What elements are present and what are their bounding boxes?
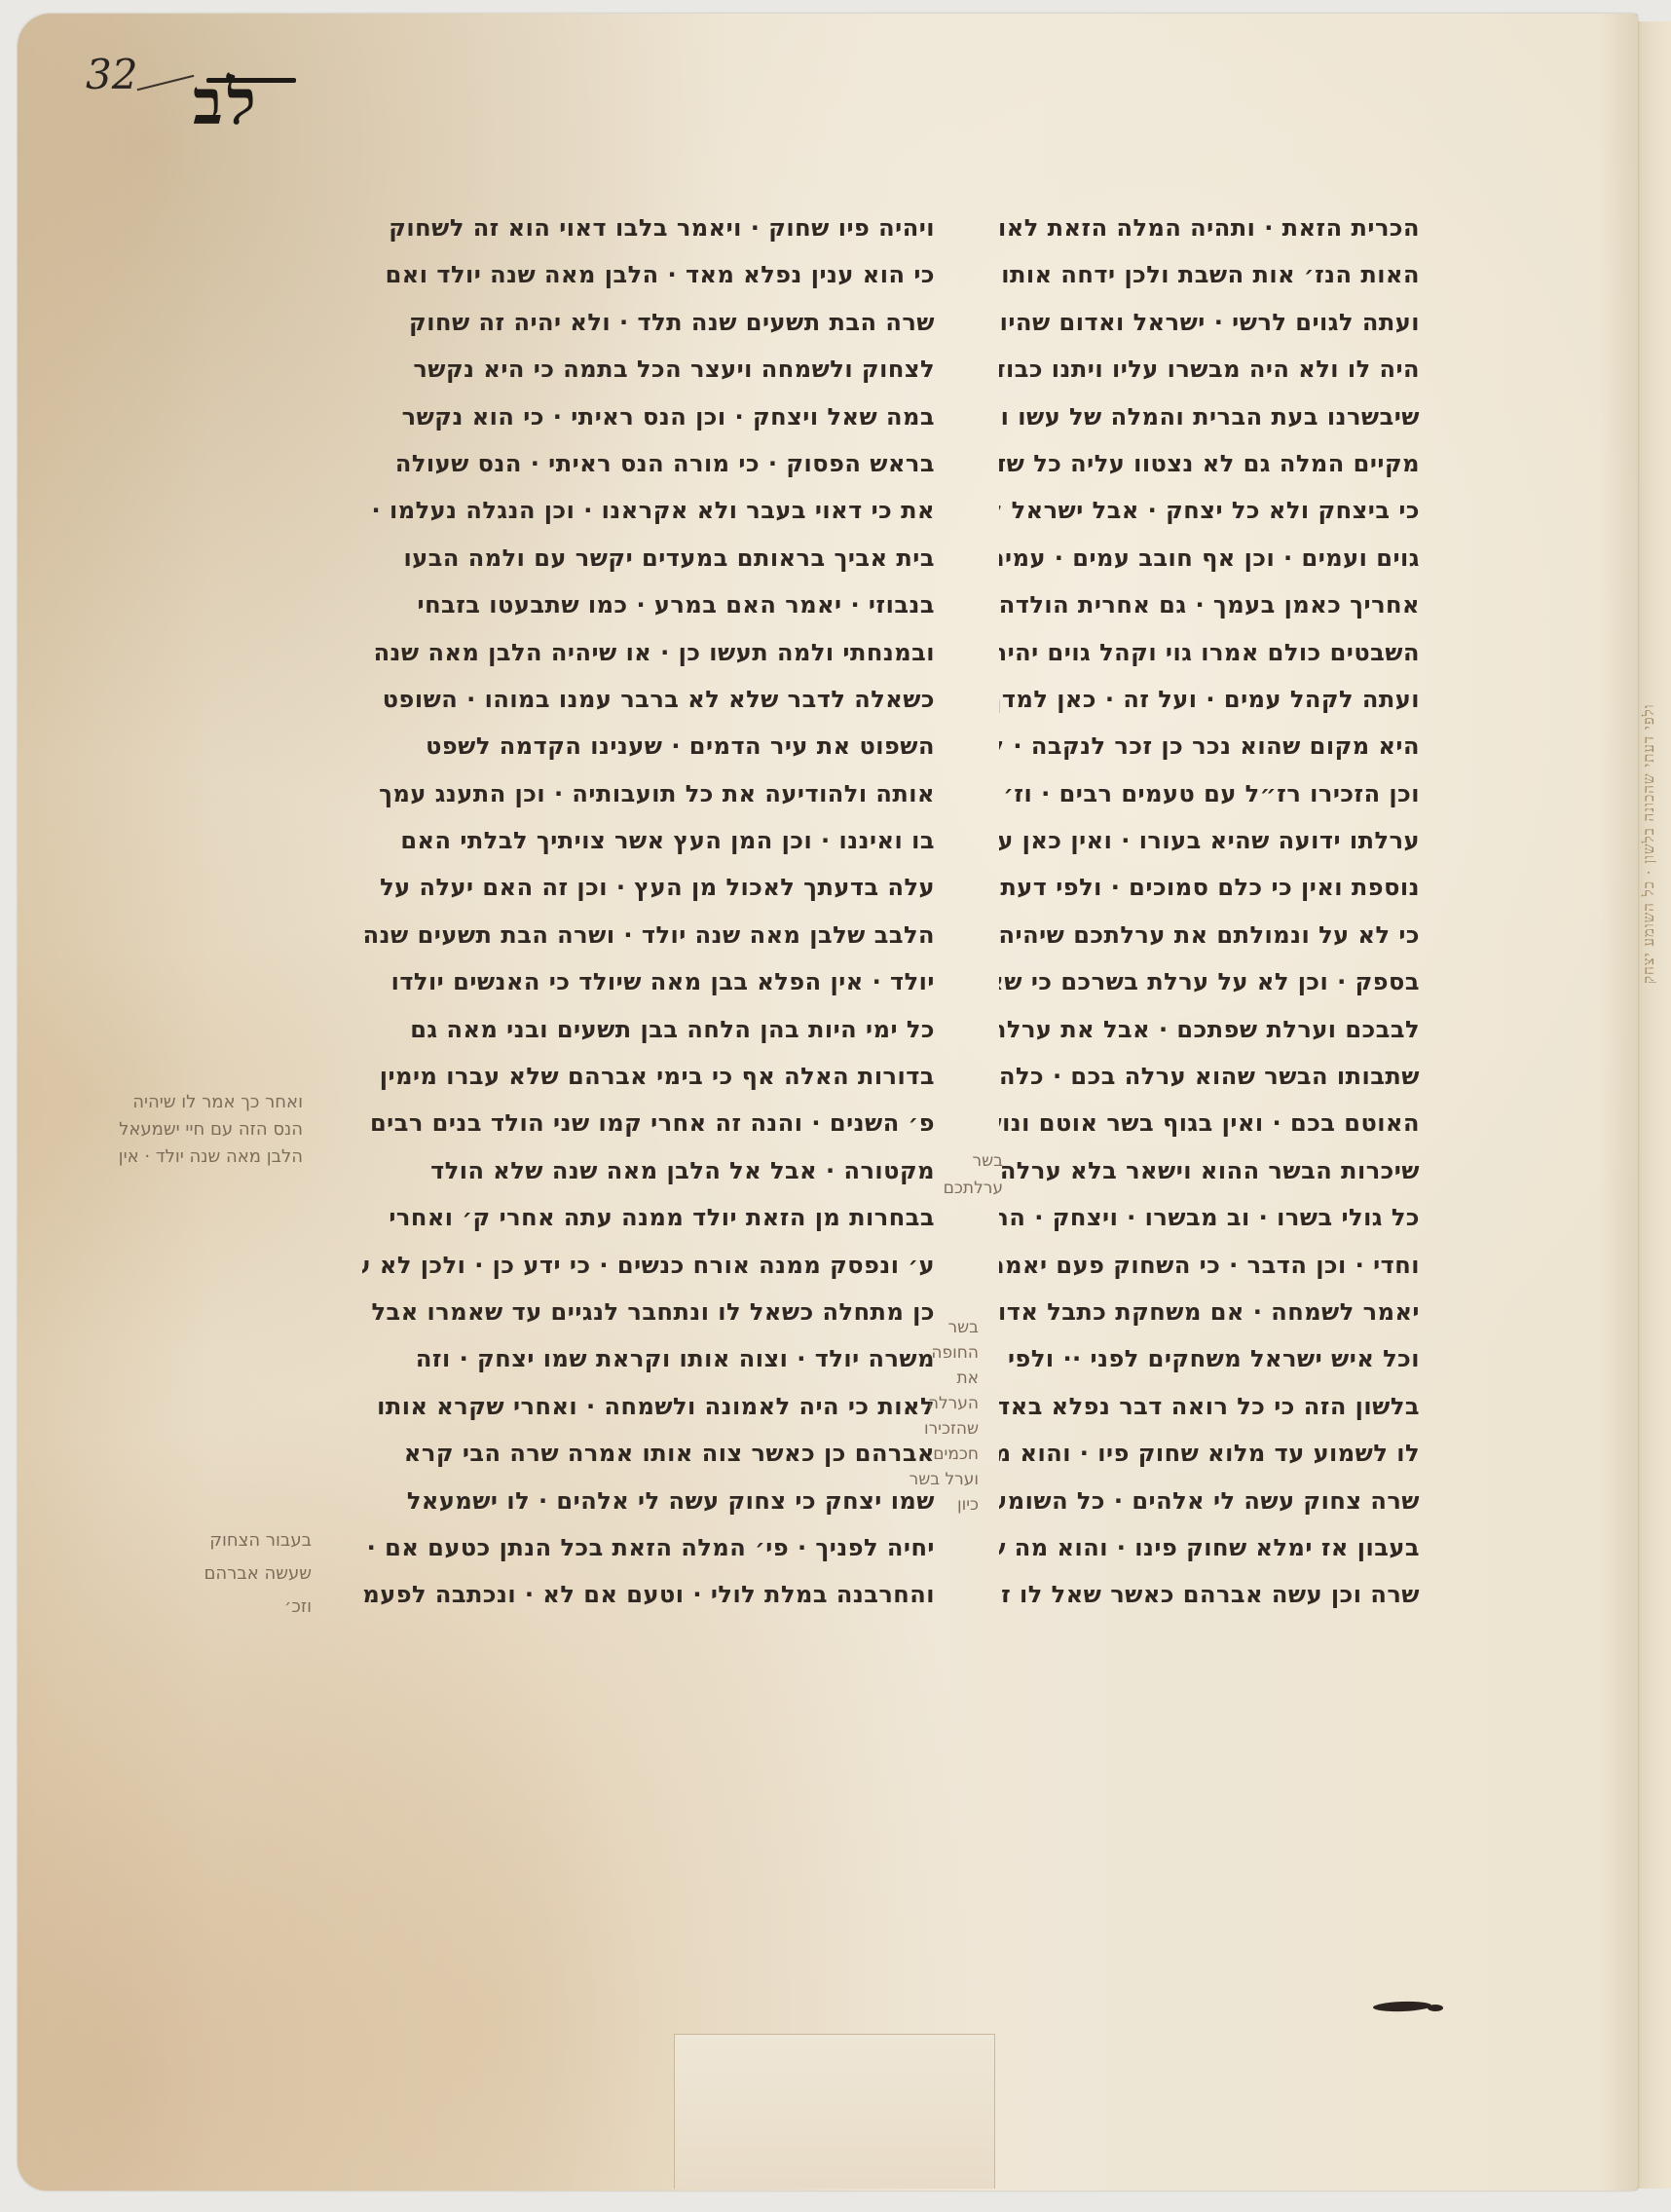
marginal-line: וזכ׳	[156, 1591, 312, 1624]
text-line: וחדי · וכן הדבר · כי השחוק פעם יאמר לצער…	[999, 1242, 1420, 1289]
text-line: האוטם בכם · ואין בגוף בשר אוטם ונושא אבר	[999, 1100, 1420, 1146]
text-line: אחריך כאמן בעמך · גם אחרית הולדה	[999, 581, 1420, 628]
marginal-line: הערלה	[891, 1391, 979, 1416]
text-line: שיכרות הבשר ההוא וישאר בלא ערלה · ולתי כ…	[999, 1147, 1420, 1194]
marginal-note-center-lower: בשר החופה את הערלה שהזכירו חכמים וערל בש…	[891, 1315, 979, 1518]
text-line: בעבון אז ימלא שחוק פינו · והוא מה שאמרה	[999, 1524, 1420, 1571]
text-line: כל גולי בשרו · וב מבשרו · ויצחק · הרב או…	[999, 1194, 1420, 1241]
text-line: כי הוא ענין נפלא מאד · הלבן מאה שנה יולד…	[362, 251, 935, 298]
text-line: שרה וכן עשה אברהם כאשר שאל לו זה שמתן	[999, 1571, 1420, 1618]
text-line: וכן הזכירו רז״ל עם טעמים רבים · וז׳ אברם…	[999, 770, 1420, 817]
text-line: בספק · וכן לא על ערלת בשרכם כי שאלו ערלת	[999, 958, 1420, 1005]
text-line: בלשון הזה כי כל רואה דבר נפלא באדם לטוב	[999, 1383, 1420, 1430]
marginal-note-left-lower: בעבור הצחוק שעשה אברהם וזכ׳	[156, 1524, 312, 1624]
text-line: השפוט את עיר הדמים · שענינו הקדמה לשפט	[362, 723, 935, 769]
text-column-right: הכרית הזאת · ותהיה המלה הזאת לאות ולברית…	[999, 205, 1420, 1619]
folio-number-arabic: 32	[86, 51, 137, 98]
text-line: היה לו ולא היה מבשרו עליו ויתנו כבוד בעי…	[999, 346, 1420, 393]
text-line: כל ימי היות בהן הלחה בבן תשעים ובני מאה …	[362, 1006, 935, 1053]
text-line: מקיים המלה גם לא נצטוו עליה כל שדרשו בסנ…	[999, 440, 1420, 487]
text-line: בו ואיננו · וכן המן העץ אשר צויתיך לבלתי…	[362, 817, 935, 864]
marginal-line: הלבן מאה שנה יולד · אין	[93, 1143, 303, 1171]
text-line: את כי דאוי בעבר ולא אקראנו · וכן הנגלה נ…	[362, 487, 935, 534]
adjacent-leaf-text: ולפי דעתי שהכונה בלשון · כל השומע יצחק	[1640, 703, 1661, 1560]
gutter-shadow	[1599, 14, 1638, 2191]
marginal-note-center-upper: בשר ערלתכם	[915, 1147, 1003, 1202]
text-line: כשאלה לדבר שלא לא ברבר עמנו במוהו · השופ…	[362, 676, 935, 723]
text-line: במה שאל ויצחק · וכן הנס ראיתי · כי הוא נ…	[362, 394, 935, 440]
text-line: כי ביצחק ולא כל יצחק · אבל ישראל לבדם יק…	[999, 487, 1420, 534]
text-line: ועתה לגוים לרשי · ישראל ואדום שהיו · ישמ…	[999, 299, 1420, 346]
marginal-line: שהזכירו	[891, 1416, 979, 1442]
text-line: בנבוזי · יאמר האם במרע · כמו שתבעטו בזבח…	[362, 581, 935, 628]
text-line: לבבכם וערלת שפתכם · אבל את ערלת בשרכם	[999, 1006, 1420, 1053]
text-line: בדורות האלה אף כי בימי אברהם שלא עברו מי…	[362, 1053, 935, 1100]
text-line: הכרית הזאת · ותהיה המלה הזאת לאות ולברית…	[999, 205, 1420, 251]
marginal-line: החופה	[891, 1340, 979, 1366]
text-line: וכל איש ישראל משחקים לפני ·· ולפי דעתי ש…	[999, 1335, 1420, 1382]
text-line: יולד · אין הפלא בבן מאה שיולד כי האנשים …	[362, 958, 935, 1005]
marginal-line: חכמים	[891, 1442, 979, 1467]
text-line: עלה בדעתך לאכול מן העץ · וכן זה האם יעלה…	[362, 864, 935, 911]
text-line: שיבשרנו בעת הברית והמלה של עשו והוא איננ…	[999, 394, 1420, 440]
text-line: ע׳ ונפסק ממנה אורח כנשים · כי ידע כן · ו…	[362, 1242, 935, 1289]
marginal-line: את	[891, 1366, 979, 1391]
text-line: משרה יולד · וצוה אותו וקראת שמו יצחק · ו…	[362, 1335, 935, 1382]
text-line: מקטורה · אבל אל הלבן מאה שנה שלא הולד	[362, 1147, 935, 1194]
text-line: לו לשמוע עד מלוא שחוק פיו · והוא מה שאמר	[999, 1430, 1420, 1477]
text-line: והחרבנה במלת לולי · וטעם אם לא · ונכתבה …	[362, 1571, 935, 1618]
marginal-line: בשר	[891, 1315, 979, 1340]
text-line: היא מקום שהוא נכר כן זכר לנקבה · לרשי ·	[999, 723, 1420, 769]
marginal-line: בעבור הצחוק	[156, 1524, 312, 1557]
marginal-line: בשר	[915, 1147, 1003, 1175]
paper-repair-patch	[674, 2034, 995, 2189]
marginal-note-left-upper: ואחר כך אמר לו שיהיה הנס הזה עם חיי ישמע…	[93, 1089, 303, 1171]
ink-blot-mark	[1428, 2005, 1443, 2011]
marginal-line: ואחר כך אמר לו שיהיה	[93, 1089, 303, 1116]
text-line: לאות כי היה לאמונה ולשמחה · ואחרי שקרא א…	[362, 1383, 935, 1430]
marginal-line: וערל בשר	[891, 1467, 979, 1492]
text-line: האות הנז׳ אות השבת ולכן ידחה אותו והכן ז…	[999, 251, 1420, 298]
marginal-line: ערלתכם	[915, 1175, 1003, 1202]
text-line: גוים ועמים · וכן אף חובב עמים · עמים הם …	[999, 535, 1420, 581]
text-line: כן מתחלה כשאל לו ונתחבר לנגיים עד שאמרו …	[362, 1289, 935, 1335]
text-line: יאמר לשמחה · אם משחקת כתבל אדוני · וכן ו…	[999, 1289, 1420, 1335]
text-line: בית אביך בראותם במעדים יקשר עם ולמה הבעו	[362, 535, 935, 581]
text-line: ובמנחתי ולמה תעשו כן · או שיהיה הלבן מאה…	[362, 629, 935, 676]
text-line: ערלתו ידועה שהיא בעורו · ואין כאן ערלת ל…	[999, 817, 1420, 864]
scan-background-strip	[0, 2193, 1671, 2212]
text-line: הלבב שלבן מאה שנה יולד · ושרה הבת תשעים …	[362, 912, 935, 958]
text-line: אותה ולהודיעה את כל תועבותיה · וכן התענג…	[362, 770, 935, 817]
text-line: שמו יצחק כי צחוק עשה לי אלהים · לו ישמעא…	[362, 1478, 935, 1524]
marginal-line: כיון	[891, 1492, 979, 1518]
text-line: בבחרות מן הזאת יולד ממנה עתה אחרי ק׳ ואח…	[362, 1194, 935, 1241]
text-line: שתבותו הבשר שהוא ערלה בכם · כלה הבשר	[999, 1053, 1420, 1100]
text-line: כי לא על ונמולתם את ערלתכם שיהיה דבר	[999, 912, 1420, 958]
text-column-left: ויהיה פיו שחוק · ויאמר בלבו דאוי הוא זה …	[362, 205, 935, 1619]
text-line: יחיה לפניך · פי׳ המלה הזאת בכל הנתן כטעם…	[362, 1524, 935, 1571]
folio-number-hebrew: לב	[193, 66, 260, 139]
text-line: לצחוק ולשמחה ויעצר הכל בתמה כי היא נקשר	[362, 346, 935, 393]
text-line: בראש הפסוק · כי מורה הנס ראיתי · הנס שעו…	[362, 440, 935, 487]
text-line: ויהיה פיו שחוק · ויאמר בלבו דאוי הוא זה …	[362, 205, 935, 251]
marginal-line: שעשה אברהם	[156, 1557, 312, 1591]
text-line: אברהם כן כאשר צוה אותו אמרה שרה הבי קרא	[362, 1430, 935, 1477]
text-line: נוספת ואין כי כלם סמוכים · ולפי דעת הכל …	[999, 864, 1420, 911]
text-line: פ׳ השנים · והנה זה אחרי קמו שני הולד בני…	[362, 1100, 935, 1146]
text-line: ועתה לקהל עמים · ועל זה · כאן למדך שהמלה	[999, 676, 1420, 723]
text-line: שרה הבת תשעים שנה תלד · ולא יהיה זה שחוק	[362, 299, 935, 346]
text-line: השבטים כולם אמרו גוי וקהל גוים יהיה ממך	[999, 629, 1420, 676]
text-line: שרה צחוק עשה לי אלהים · כל השומע יצחק לי…	[999, 1478, 1420, 1524]
marginal-line: הנס הזה עם חיי ישמעאל	[93, 1116, 303, 1143]
